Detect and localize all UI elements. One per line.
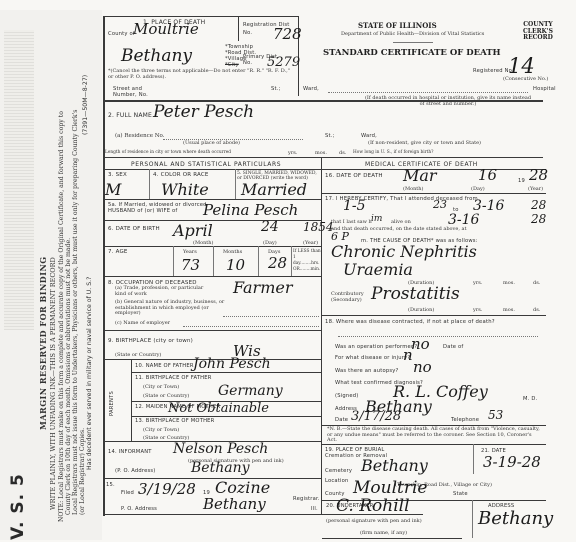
disease-value: n — [403, 346, 413, 364]
sex-label: 3. SEX — [108, 172, 127, 178]
attend-to-year: 28 — [531, 198, 546, 212]
certificate-form: 1. PLACE OF DEATH County of Moultrie Bet… — [103, 16, 563, 516]
filed-label: Filed — [121, 490, 134, 496]
medical-note: *N. B.—State the disease causing death. … — [327, 427, 542, 444]
dod-day: 16 — [478, 166, 497, 184]
sex-value: M — [105, 180, 121, 199]
binding-margin: MARGIN RESERVED FOR BINDING WRITE PLAINL… — [0, 10, 102, 540]
dod-year: 28 — [529, 166, 548, 184]
locality-value: Bethany — [121, 46, 192, 66]
margin-military: Has decedent ever served in military or … — [86, 277, 94, 470]
dob-month: April — [173, 221, 213, 240]
street-label: Street and Number, No. — [113, 86, 163, 98]
informant-address: Bethany — [191, 460, 250, 476]
cemetery-value: Bethany — [361, 456, 428, 475]
last-saw-pronoun: im — [371, 214, 382, 224]
attend-from-year: 23 — [433, 198, 447, 211]
operation-value: no — [411, 335, 430, 353]
undertaker-signature-note: (personal signature with pen and ink) — [326, 518, 422, 524]
informant-value: Nelson Pesch — [173, 441, 268, 457]
full-name-label: 2. FULL NAME — [108, 112, 152, 119]
father-value: John Pesch — [193, 356, 271, 372]
hospital-label: Hospital — [533, 86, 556, 92]
informant-po-label: (P. O. Address) — [115, 468, 156, 474]
residence-st-label: St.; — [325, 133, 335, 139]
certificate-page: MARGIN RESERVED FOR BINDING WRITE PLAINL… — [0, 0, 576, 542]
disease-contracted-label: 18. Where was disease contracted, if not… — [325, 319, 495, 325]
disease-label: For what disease or injury? — [335, 355, 410, 361]
dod-label: 16. DATE OF DEATH — [325, 173, 383, 179]
full-name-value: Peter Pesch — [153, 102, 254, 122]
cause-primary: Chronic Nephritis — [331, 242, 477, 261]
st-label: St.; — [271, 86, 281, 92]
county-value: Moultrie — [133, 20, 199, 38]
undertaker-value: C. Rohill — [336, 496, 410, 516]
registered-no: 14 — [508, 54, 535, 78]
state-heading: STATE OF ILLINOIS — [358, 21, 437, 30]
dob-day: 24 — [261, 219, 279, 235]
contributory-label: Contributory (Secondary) — [331, 292, 371, 303]
birth-state-label: (State or Country) — [115, 352, 161, 358]
occupation-a-label: (a) Trade, profession, or particular kin… — [115, 286, 210, 297]
color-value: White — [161, 180, 209, 199]
firm-note: (firm name, if any) — [360, 530, 407, 536]
registrar-po-label: P. O. Address — [121, 506, 157, 512]
filed-date: 3/19/28 — [138, 480, 196, 498]
cancel-note: *(Cancel the three terms not applicable—… — [108, 68, 293, 80]
nonresident-note: (If non-resident, give city or town and … — [368, 140, 481, 146]
burial-county: Moultrie — [353, 478, 427, 498]
attend-from: 1-5 — [343, 198, 366, 214]
dod-month: Mar — [403, 166, 437, 185]
occupation-b-label: (b) General nature of industry, business… — [115, 300, 225, 317]
county-label: County of — [108, 31, 135, 37]
ward-label: Ward, — [303, 86, 319, 92]
undertaker-address: Bethany — [478, 508, 553, 529]
spouse-value: Pelina Pesch — [203, 201, 298, 219]
department-heading: Department of Public Health—Division of … — [341, 31, 484, 37]
father-birthplace-value: Germany — [218, 383, 283, 399]
margin-shading — [4, 30, 34, 330]
certificate-title: STANDARD CERTIFICATE OF DEATH — [323, 48, 501, 58]
dob-year: 1854 — [303, 220, 334, 234]
parents-label: PARENTS — [109, 391, 115, 416]
primary-dist-value: 5279 — [267, 55, 300, 70]
residence-ward-label: Ward, — [361, 133, 377, 139]
occupation-value: Farmer — [233, 278, 293, 297]
contributory-value: Prostatitis — [371, 284, 460, 304]
mother-birth-label: 13. BIRTHPLACE OF MOTHER — [135, 418, 214, 424]
mother-value: Not Obtainable — [168, 401, 269, 416]
age-months: 10 — [226, 256, 245, 274]
cause-secondary: Uraemia — [343, 260, 413, 279]
us-length-label: How long in U. S., if of foreign birth? — [353, 150, 433, 155]
residence-label: (a) Residence No. — [115, 133, 164, 139]
physician-date: 3/17/28 — [351, 409, 401, 424]
registrar-address: Bethany — [203, 495, 266, 513]
burial-date: 3-19-28 — [483, 453, 541, 471]
age-days: 28 — [268, 254, 287, 272]
age-label: 7. AGE — [108, 249, 128, 255]
autopsy-label: Was there an autopsy? — [335, 368, 399, 374]
usual-place-label: (Usual place of abode) — [183, 140, 240, 146]
registrar-label: Registrar. — [293, 496, 320, 502]
less-than-day-label: If LESS than 1 day........hrs. OR.......… — [293, 249, 321, 273]
form-id: V. S. 5 — [8, 473, 28, 540]
autopsy-value: no — [413, 358, 432, 376]
color-label: 4. COLOR OR RACE — [153, 172, 209, 178]
dob-label: 6. DATE OF BIRTH — [108, 226, 160, 232]
birthplace-label: 9. BIRTHPLACE (city or town) — [108, 338, 193, 344]
age-years: 73 — [181, 256, 200, 274]
telephone-value: 53 — [488, 408, 503, 422]
county-clerk-record: COUNTY CLERK'S RECORD — [523, 22, 553, 42]
last-saw-year: 28 — [531, 212, 546, 226]
registration-dist-value: 728 — [273, 25, 302, 43]
margin-instruction: WRITE PLAINLY, WITH UNFADING INK—THIS IS… — [50, 257, 58, 510]
margin-form-code: (7391—50M—8-27) — [82, 75, 90, 135]
occupation-c-label: (c) Name of employer — [115, 320, 170, 326]
father-label: 10. NAME OF FATHER — [135, 363, 194, 369]
marital-value: Married — [241, 180, 307, 199]
informant-label: 14. INFORMANT — [108, 449, 152, 455]
residence-length-label: Length of residence in city or town wher… — [105, 150, 231, 155]
consecutive-label: (Consecutive No.) — [503, 76, 548, 82]
margin-title: MARGIN RESERVED FOR BINDING — [40, 256, 48, 430]
personal-section-title: PERSONAL AND STATISTICAL PARTICULARS — [131, 161, 281, 168]
father-birth-label: 11. BIRTHPLACE OF FATHER — [135, 375, 212, 381]
